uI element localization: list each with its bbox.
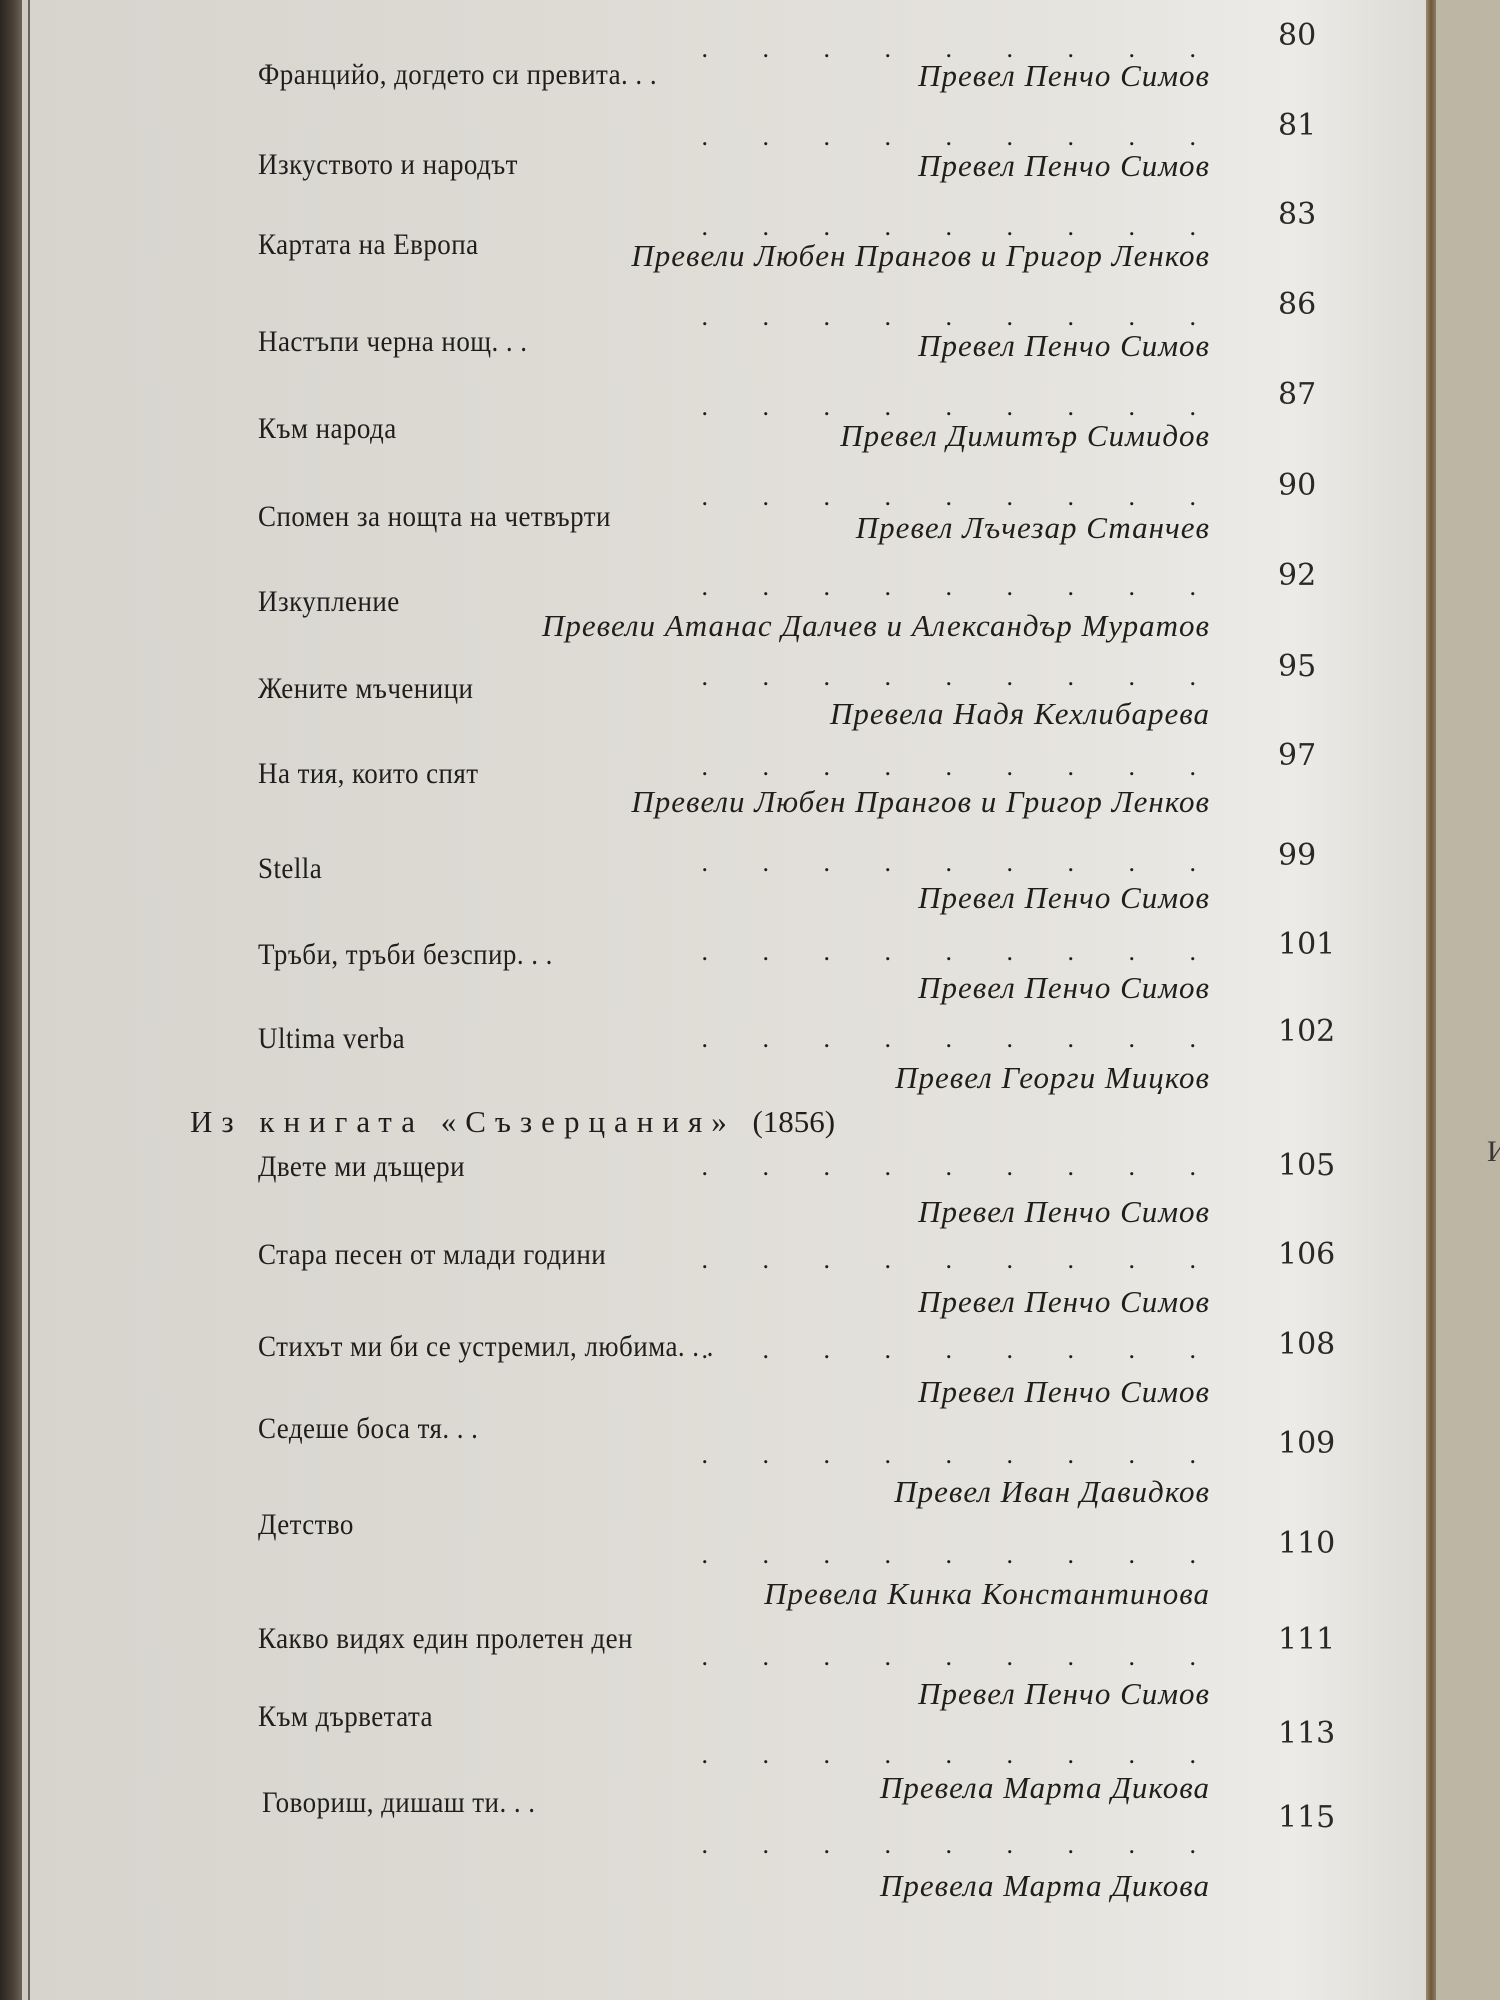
page-number: 105: [1278, 1148, 1335, 1183]
entry-title: Настъпи черна нощ. . .: [258, 325, 528, 359]
entry-title: Двете ми дъщери: [258, 1150, 465, 1184]
dot-leader: . . . . . . . . .: [702, 1642, 1221, 1672]
translator: Превел Пенчо Симов: [918, 1194, 1210, 1230]
page-number: 97: [1278, 738, 1316, 773]
translator: Превел Пенчо Симов: [918, 1284, 1210, 1320]
page-number: 81: [1278, 108, 1316, 143]
translator: Превели Любен Прангов и Григор Ленков: [631, 238, 1210, 274]
entry-title: Ultima verba: [258, 1022, 405, 1056]
entry-title: Изкуството и народът: [258, 148, 518, 182]
section-header: Из книгата «Съзерцания» (1856): [190, 1104, 835, 1140]
dot-leader: . . . . . . . . .: [702, 1152, 1221, 1182]
entry-title: Спомен за нощта на четвърти: [258, 500, 611, 534]
entry-title: Седеше боса тя. . .: [258, 1412, 478, 1446]
table-of-contents: Францийо, догдето си превита. . . . . . …: [0, 0, 1500, 2000]
page-number: 111: [1278, 1622, 1335, 1657]
dot-leader: . . . . . . . . .: [702, 752, 1221, 782]
translator: Превел Пенчо Симов: [918, 970, 1210, 1006]
translator: Превел Георги Мицков: [895, 1060, 1210, 1096]
section-title: Из книгата «Съзерцания»: [190, 1104, 736, 1139]
translator: Превел Пенчо Симов: [918, 328, 1210, 364]
section-year: (1856): [752, 1104, 835, 1139]
page-number: 102: [1278, 1014, 1335, 1049]
translator: Превела Марта Дикова: [880, 1770, 1210, 1806]
translator: Превела Надя Кехлибарева: [830, 696, 1210, 732]
page-number: 83: [1278, 197, 1316, 232]
entry-title: Тръби, тръби безспир. . .: [258, 938, 553, 972]
page-number: 115: [1278, 1800, 1335, 1835]
dot-leader: . . . . . . . . .: [702, 937, 1221, 967]
dot-leader: . . . . . . . . .: [702, 848, 1221, 878]
translator: Превели Атанас Далчев и Александър Мурат…: [542, 608, 1210, 644]
dot-leader: . . . . . . . . .: [702, 1335, 1221, 1365]
entry-title: Детство: [258, 1508, 354, 1542]
translator: Превел Лъчезар Станчев: [856, 510, 1210, 546]
entry-title: Францийо, догдето си превита. . .: [258, 58, 657, 92]
page-number: 110: [1278, 1526, 1335, 1561]
translator: Превел Пенчо Симов: [918, 880, 1210, 916]
page-number: 108: [1278, 1327, 1335, 1362]
entry-title: Към народа: [258, 412, 397, 446]
entry-title: Какво видях един пролетен ден: [258, 1622, 633, 1656]
dot-leader: . . . . . . . . .: [702, 1740, 1221, 1770]
dot-leader: . . . . . . . . .: [702, 662, 1221, 692]
page-number: 101: [1278, 927, 1335, 962]
page-number: 113: [1278, 1716, 1335, 1751]
entry-title: Картата на Европа: [258, 228, 479, 262]
entry-title: Stella: [258, 852, 322, 886]
translator: Превел Пенчо Симов: [918, 1676, 1210, 1712]
page-number: 95: [1278, 649, 1316, 684]
page-number: 80: [1278, 18, 1316, 53]
dot-leader: . . . . . . . . .: [702, 1245, 1221, 1275]
entry-title: Стихът ми би се устремил, любима. . .: [258, 1330, 714, 1364]
translator: Превела Кинка Константинова: [764, 1576, 1210, 1612]
translator: Превел Пенчо Симов: [918, 58, 1210, 94]
page-number: 86: [1278, 287, 1316, 322]
entry-title: Жените мъченици: [258, 672, 473, 706]
page-number: 106: [1278, 1237, 1335, 1272]
page-number: 99: [1278, 838, 1316, 873]
dot-leader: . . . . . . . . .: [702, 1540, 1221, 1570]
entry-title: Към дърветата: [258, 1700, 433, 1734]
translator: Превели Любен Прангов и Григор Ленков: [631, 784, 1210, 820]
dot-leader: . . . . . . . . .: [702, 1440, 1221, 1470]
translator: Превел Пенчо Симов: [918, 148, 1210, 184]
dot-leader: . . . . . . . . .: [702, 482, 1221, 512]
page-number: 87: [1278, 377, 1316, 412]
entry-title: Говориш, дишаш ти. . .: [262, 1786, 535, 1820]
translator: Превел Пенчо Симов: [918, 1374, 1210, 1410]
dot-leader: . . . . . . . . .: [702, 1024, 1221, 1054]
dot-leader: . . . . . . . . .: [702, 572, 1221, 602]
entry-title: Изкупление: [258, 585, 400, 619]
page-number: 90: [1278, 468, 1316, 503]
page-number: 92: [1278, 558, 1316, 593]
translator: Превел Димитър Симидов: [840, 418, 1210, 454]
dot-leader: . . . . . . . . .: [702, 1830, 1221, 1860]
translator: Превела Марта Дикова: [880, 1868, 1210, 1904]
translator: Превел Иван Давидков: [894, 1474, 1210, 1510]
entry-title: Стара песен от млади години: [258, 1238, 606, 1272]
page-number: 109: [1278, 1426, 1335, 1461]
entry-title: На тия, които спят: [258, 757, 479, 791]
